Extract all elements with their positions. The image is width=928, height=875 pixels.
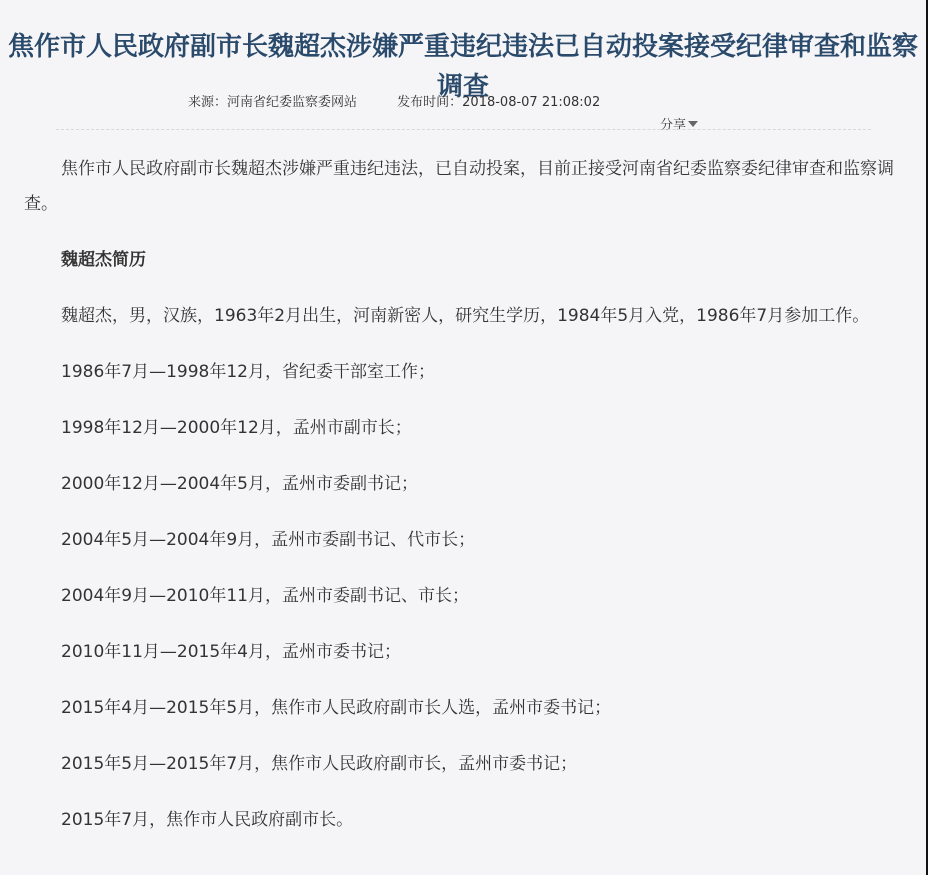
share-button[interactable]: 分享 <box>660 114 698 133</box>
career-item: 2004年5月—2004年9月，孟州市委副书记、代市长； <box>24 523 894 558</box>
share-label: 分享 <box>660 118 686 133</box>
article-source: 来源：河南省纪委监察委网站 <box>188 95 357 110</box>
article-body: 焦作市人民政府副市长魏超杰涉嫌严重违纪违法，已自动投案，目前正接受河南省纪委监察… <box>24 152 894 859</box>
caret-down-icon <box>688 121 698 127</box>
career-item: 1986年7月—1998年12月，省纪委干部室工作； <box>24 355 894 390</box>
career-item: 2000年12月—2004年5月，孟州市委副书记； <box>24 467 894 502</box>
dashed-divider <box>56 129 871 130</box>
career-item: 2015年4月—2015年5月，焦作市人民政府副市长人选，孟州市委书记； <box>24 691 894 726</box>
article-meta: 来源：河南省纪委监察委网站 发布时间：2018-08-07 21:08:02 <box>188 91 600 110</box>
intro-paragraph: 焦作市人民政府副市长魏超杰涉嫌严重违纪违法，已自动投案，目前正接受河南省纪委监察… <box>24 152 894 222</box>
article-page: 焦作市人民政府副市长魏超杰涉嫌严重违纪违法已自动投案接受纪律审查和监察调查 来源… <box>0 0 926 875</box>
career-item: 2004年9月—2010年11月，孟州市委副书记、市长； <box>24 579 894 614</box>
publish-time: 发布时间：2018-08-07 21:08:02 <box>397 95 600 110</box>
career-item: 2015年5月—2015年7月，焦作市人民政府副市长，孟州市委书记； <box>24 747 894 782</box>
career-item: 2010年11月—2015年4月，孟州市委书记； <box>24 635 894 670</box>
bio-paragraph: 魏超杰，男，汉族，1963年2月出生，河南新密人，研究生学历，1984年5月入党… <box>24 299 894 334</box>
bio-heading: 魏超杰简历 <box>24 243 894 278</box>
career-item: 1998年12月—2000年12月，孟州市副市长； <box>24 411 894 446</box>
career-item: 2015年7月，焦作市人民政府副市长。 <box>24 803 894 838</box>
